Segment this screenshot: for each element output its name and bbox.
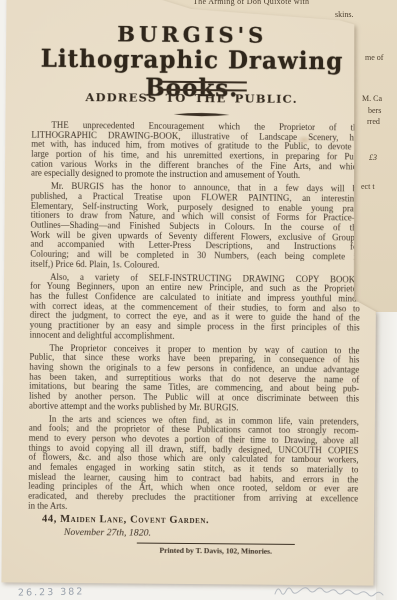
publisher-address: 44, Maiden Lane, Covent Garden.: [42, 514, 209, 526]
advertisement-page: BURGIS'S Lithographic Drawing Books. ADD…: [1, 0, 378, 586]
pencil-inscription: [272, 582, 390, 598]
accession-number-pencil: 26.23 382: [18, 586, 85, 598]
paragraph: Mr. BURGIS has the honor to announce, th…: [30, 182, 361, 272]
section-heading: ADDRESS TO THE PUBLIC.: [6, 89, 378, 106]
paragraph: Also, a variety of SELF-INSTRUCTING DRAW…: [30, 272, 361, 342]
paragraph: In the arts and sciences we often find, …: [28, 414, 359, 513]
paragraph: The Proprietor conceives it proper to me…: [29, 343, 360, 413]
publication-date: November 27th, 1820.: [64, 527, 151, 539]
body-text: THE unprecedented Encouragement which th…: [28, 121, 361, 517]
printer-imprint: Printed by T. Davis, 102, Minories.: [137, 543, 295, 556]
backdrop-strip: [376, 312, 397, 600]
advertisement-leaf: BURGIS'S Lithographic Drawing Books. ADD…: [1, 0, 378, 586]
paragraph: THE unprecedented Encouragement which th…: [31, 121, 361, 182]
swelled-rule: [174, 111, 230, 118]
